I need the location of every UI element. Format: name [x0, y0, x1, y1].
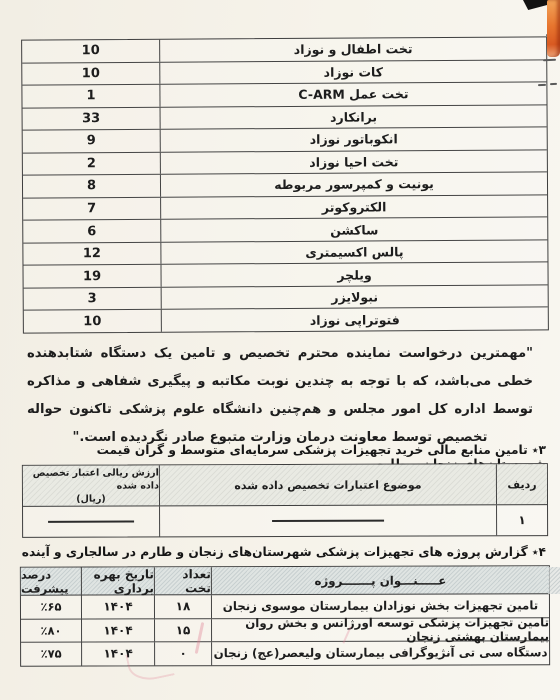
- row-number-cell: ۱: [496, 505, 547, 535]
- equipment-count: 19: [23, 265, 161, 287]
- col-header-row-no: ردیف: [496, 464, 547, 504]
- equipment-count: 9: [23, 130, 161, 152]
- section4-title: ۴٭ گزارش پروژه های تجهیزات پزشکی شهرستان…: [10, 545, 546, 559]
- equipment-count: 1: [22, 85, 160, 107]
- projects-report-table: عـــــنـــوان پـــــــروژه تعداد تخت تار…: [20, 565, 550, 666]
- operation-date-cell: ۱۴۰۴: [81, 595, 154, 618]
- table-header-row: ردیف موضوع اعتبارات تخصیص داده شده ارزش …: [23, 464, 547, 507]
- col-header-progress-percent: درصد پیشرفت: [21, 568, 81, 595]
- col-header-rial-value: ارزش ریالی اعتبار تخصیص داده شده (ریال): [23, 465, 159, 505]
- page-fold-mark: [523, 0, 549, 10]
- progress-percent-cell: ٪۶۵: [21, 596, 81, 619]
- request-note-paragraph: "مهمترین درخواست نماینده محترم تخصیص و ت…: [27, 340, 533, 452]
- equipment-label: نبولایزر: [162, 285, 548, 309]
- equipment-count: 12: [23, 243, 161, 265]
- equipment-count: 3: [24, 288, 162, 310]
- equipment-label: فتوتراپی نوزاد: [162, 308, 548, 332]
- table-row: 2تخت احیا نوزاد: [23, 150, 547, 176]
- col-header-bed-count: تعداد تخت: [154, 567, 211, 594]
- table-row: 1تخت عمل C-ARM: [22, 82, 546, 108]
- bed-count-cell: ۱۵: [154, 619, 211, 642]
- scan-line-dash: [550, 83, 557, 85]
- equipment-label: برانکارد: [161, 105, 547, 129]
- blank-dash: [272, 520, 384, 522]
- col-header-rial-value-line1: ارزش ریالی اعتبار تخصیص داده شده: [23, 466, 159, 492]
- table-row: 9انکوباتور نوزاد: [23, 128, 547, 154]
- equipment-label: یونیت و کمپرسور مربوطه: [161, 173, 547, 197]
- table-row: 10کات نوزاد: [22, 60, 546, 86]
- equipment-count: 2: [23, 152, 161, 174]
- table-row: 10تخت اطفال و نوزاد: [22, 37, 546, 63]
- equipment-count: 10: [22, 62, 160, 84]
- table-row: 12پالس اکسیمتری: [23, 240, 547, 266]
- equipment-count: 10: [22, 40, 160, 62]
- bed-count-cell: ۰: [154, 642, 211, 665]
- equipment-count: 6: [23, 220, 161, 242]
- scan-line-dash: [543, 59, 556, 61]
- equipment-label: کات نوزاد: [160, 60, 546, 84]
- equipment-label: تخت احیا نوزاد: [161, 150, 547, 174]
- scan-line-dash: [538, 84, 546, 86]
- table-header-row: عـــــنـــوان پـــــــروژه تعداد تخت تار…: [21, 566, 549, 595]
- scanned-document-page: { "equipment_table": { "rows": [ {"label…: [0, 0, 560, 700]
- funding-sources-table: ردیف موضوع اعتبارات تخصیص داده شده ارزش …: [22, 463, 548, 538]
- equipment-label: پالس اکسیمتری: [161, 240, 547, 264]
- orange-tab-sticker: [547, 0, 560, 57]
- equipment-label: ساکشن: [161, 218, 547, 242]
- equipment-count: 8: [23, 175, 161, 197]
- col-header-rial-value-line2: (ریال): [76, 492, 106, 505]
- table-row: دستگاه سی تی آنژیوگرافی بیمارستان ولیعصر…: [21, 641, 549, 665]
- col-header-subject: موضوع اعتبارات تخصیص داده شده: [159, 464, 496, 505]
- equipment-count: 33: [23, 107, 161, 129]
- operation-date-cell: ۱۴۰۴: [81, 619, 154, 642]
- project-title-cell: تامین تجهیزات پزشکی توسعه اورژانس و بخش …: [211, 618, 549, 641]
- bed-count-cell: ۱۸: [154, 595, 211, 618]
- table-row: 33برانکارد: [23, 105, 547, 131]
- table-row: تامین تجهیزات پزشکی توسعه اورژانس و بخش …: [21, 618, 549, 643]
- equipment-count: 7: [23, 197, 161, 219]
- table-row: 19ویلچر: [23, 263, 547, 289]
- equipment-label: انکوباتور نوزاد: [161, 128, 547, 152]
- equipment-label: تخت اطفال و نوزاد: [160, 37, 546, 61]
- table-row: 3نبولایزر: [24, 285, 548, 311]
- table-row: 6ساکشن: [23, 218, 547, 244]
- project-title-cell: تامین تجهیزات بخش نوزادان بیمارستان موسو…: [211, 594, 549, 617]
- table-row: 7الکتروکوتر: [23, 195, 547, 221]
- table-row: ۱: [23, 505, 547, 537]
- blank-dash: [48, 521, 134, 523]
- equipment-count-table: 10تخت اطفال و نوزاد 10کات نوزاد 1تخت عمل…: [21, 36, 549, 333]
- col-header-operation-date: تاریخ بهره برداری: [81, 567, 154, 594]
- equipment-label: تخت عمل C-ARM: [160, 82, 546, 106]
- table-row: 8یونیت و کمپرسور مربوطه: [23, 173, 547, 199]
- table-row: 10فتوتراپی نوزاد: [24, 308, 548, 333]
- rial-value-cell: [23, 506, 159, 536]
- project-title-cell: دستگاه سی تی آنژیوگرافی بیمارستان ولیعصر…: [211, 641, 549, 664]
- equipment-count: 10: [24, 310, 162, 332]
- progress-percent-cell: ٪۸۰: [21, 619, 81, 642]
- subject-cell: [159, 505, 496, 536]
- equipment-label: الکتروکوتر: [161, 195, 547, 219]
- equipment-label: ویلچر: [161, 263, 547, 287]
- col-header-project-title: عـــــنـــوان پـــــــروژه: [211, 566, 549, 594]
- operation-date-cell: ۱۴۰۴: [81, 642, 154, 665]
- scan-smudge: [548, 567, 560, 594]
- progress-percent-cell: ٪۷۵: [21, 643, 81, 666]
